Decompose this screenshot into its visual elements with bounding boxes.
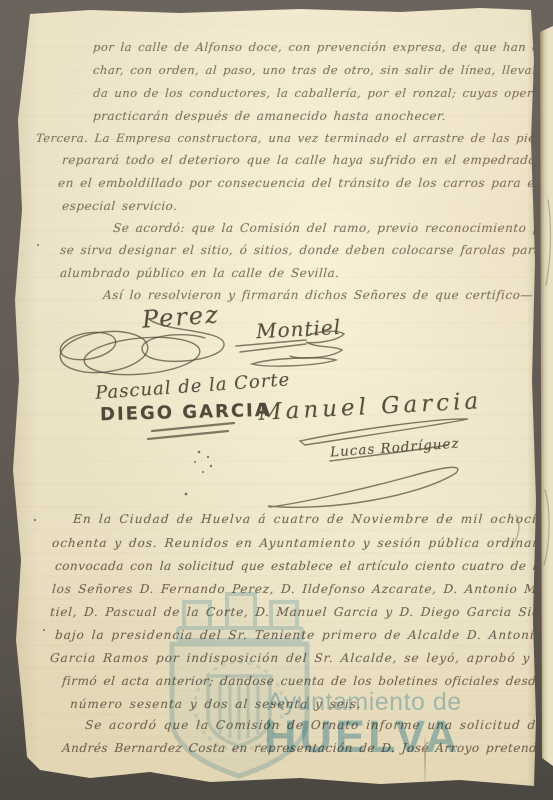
manuscript-line: especial servicio. <box>62 199 178 213</box>
manuscript-line: ochenta y dos. Reunidos en Ayuntamiento … <box>52 536 553 550</box>
manuscript-line: reparará todo el deterioro que la calle … <box>62 153 551 167</box>
manuscript-line: Se acordó: que la Comisión del ramo, pre… <box>113 221 553 235</box>
manuscript-line: Garcia Ramos por indisposición del Sr. A… <box>50 651 531 665</box>
manuscript-line: convocada con la solicitud que establece… <box>55 559 553 573</box>
manuscript-line: los Señores D. Fernando Perez, D. Ildefo… <box>52 582 553 596</box>
next-page-edge <box>540 26 553 766</box>
manuscript-line: practicarán después de amanecido hasta a… <box>93 109 447 123</box>
manuscript-line: alumbrado público en la calle de Sevilla… <box>60 266 341 280</box>
signature-montiel: Montiel <box>255 315 341 343</box>
manuscript-page: por la calle de Alfonso doce, con preven… <box>0 0 553 800</box>
signature-pascual-de-la-corte: Pascual de la Corte <box>95 369 291 404</box>
manuscript-line: En la Ciudad de Huelva á cuatro de Novie… <box>73 512 553 526</box>
manuscript-line: se sirva designar el sitio, ó sitios, do… <box>60 243 553 257</box>
manuscript-line: da uno de los conductores, la caballería… <box>93 86 553 100</box>
manuscript-line: en el emboldillado por consecuencia del … <box>58 176 553 190</box>
page-edge-shade <box>527 8 539 786</box>
manuscript-line: char, con orden, al paso, uno tras de ot… <box>93 63 553 77</box>
signature-diego-garcia: Diego Garcia <box>100 400 271 425</box>
manuscript-line: bajo la presidencia del Sr. Teniente pri… <box>55 628 544 642</box>
manuscript-line: Tercera. La Empresa constructora, una ve… <box>36 131 553 145</box>
signature-lucas-rodriguez: Lucas Rodríguez <box>330 435 460 460</box>
manuscript-line: tiel, D. Pascual de la Corte, D. Manuel … <box>50 605 553 619</box>
manuscript-line: por la calle de Alfonso doce, con preven… <box>93 40 553 54</box>
signature-manuel-garcia: Manuel Garcia <box>257 388 482 426</box>
manuscript-line: número sesenta y dos al sesenta y seis. <box>70 697 363 711</box>
document-scan: por la calle de Alfonso doce, con preven… <box>0 0 553 800</box>
manuscript-line: Así lo resolvieron y firmarán dichos Señ… <box>103 288 534 302</box>
paper-crease <box>424 733 426 783</box>
manuscript-line: Se acordó que la Comisión de Ornato info… <box>85 718 553 732</box>
manuscript-line: Andrés Bernardez Costa en representación… <box>62 741 553 755</box>
signature-perez: Perez <box>141 300 220 333</box>
manuscript-line: firmó el acta anterior; dandose cuenta d… <box>62 674 553 688</box>
